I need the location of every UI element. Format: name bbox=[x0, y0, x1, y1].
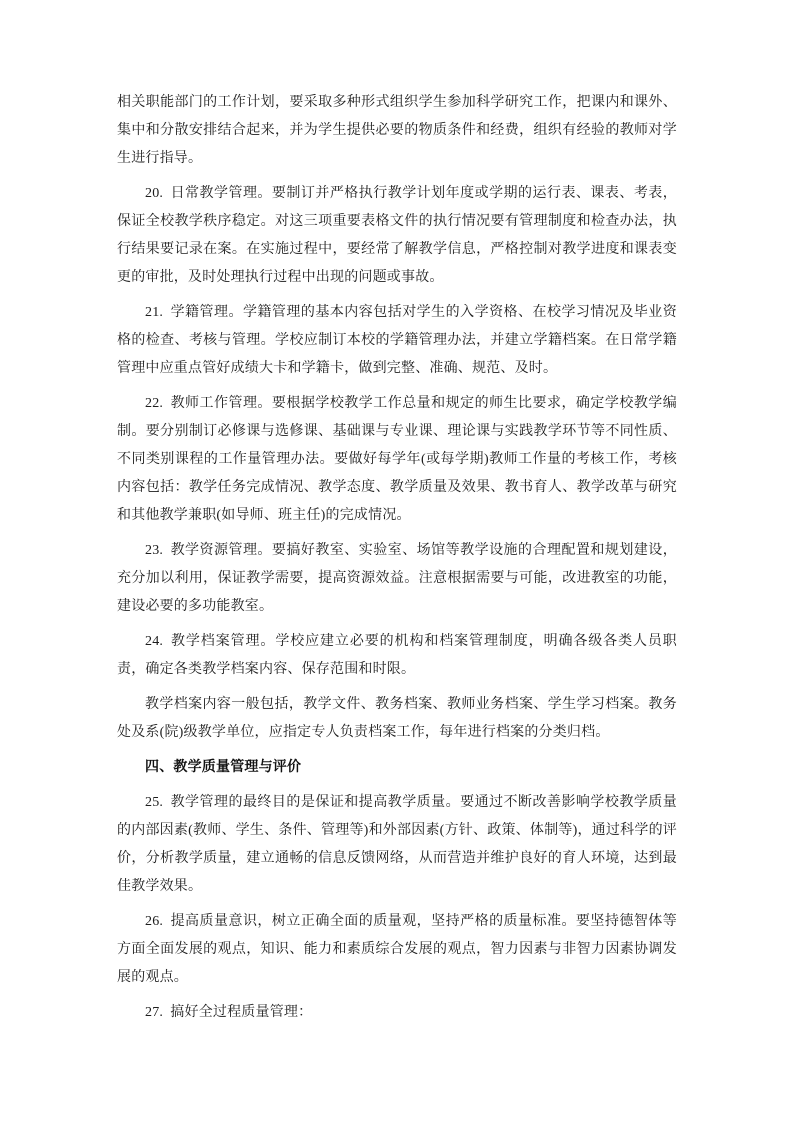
paragraph-24b-archive-contents: 教学档案内容一般包括，教学文件、教务档案、教师业务档案、学生学习档案。教务处及系… bbox=[117, 691, 677, 747]
paragraph-21-student-status-management: 21. 学籍管理。学籍管理的基本内容包括对学生的入学资格、在校学习情况及毕业资格… bbox=[117, 299, 677, 383]
paragraph-24-teaching-archives-management: 24. 教学档案管理。学校应建立必要的机构和档案管理制度，明确各级各类人员职责，… bbox=[117, 628, 677, 684]
paragraph-continuation: 相关职能部门的工作计划，要采取多种形式组织学生参加科学研究工作，把课内和课外、集… bbox=[117, 89, 677, 173]
paragraph-20-daily-teaching-management: 20. 日常教学管理。要制订并严格执行教学计划年度或学期的运行表、课表、考表，保… bbox=[117, 180, 677, 292]
document-text-block: 相关职能部门的工作计划，要采取多种形式组织学生参加科学研究工作，把课内和课外、集… bbox=[117, 89, 677, 1034]
paragraph-22-teacher-work-management: 22. 教师工作管理。要根据学校教学工作总量和规定的师生比要求，确定学校教学编制… bbox=[117, 390, 677, 530]
paragraph-23-teaching-resource-management: 23. 教学资源管理。要搞好教室、实验室、场馆等教学设施的合理配置和规划建设，充… bbox=[117, 537, 677, 621]
document-page: 相关职能部门的工作计划，要采取多种形式组织学生参加科学研究工作，把课内和课外、集… bbox=[0, 0, 793, 1122]
paragraph-25-quality-purpose: 25. 教学管理的最终目的是保证和提高教学质量。要通过不断改善影响学校教学质量的… bbox=[117, 789, 677, 901]
paragraph-27-whole-process-quality: 27. 搞好全过程质量管理： bbox=[117, 999, 677, 1027]
paragraph-26-quality-awareness: 26. 提高质量意识，树立正确全面的质量观，坚持严格的质量标准。要坚持德智体等方… bbox=[117, 908, 677, 992]
section-heading-quality-management: 四、教学质量管理与评价 bbox=[117, 754, 677, 782]
